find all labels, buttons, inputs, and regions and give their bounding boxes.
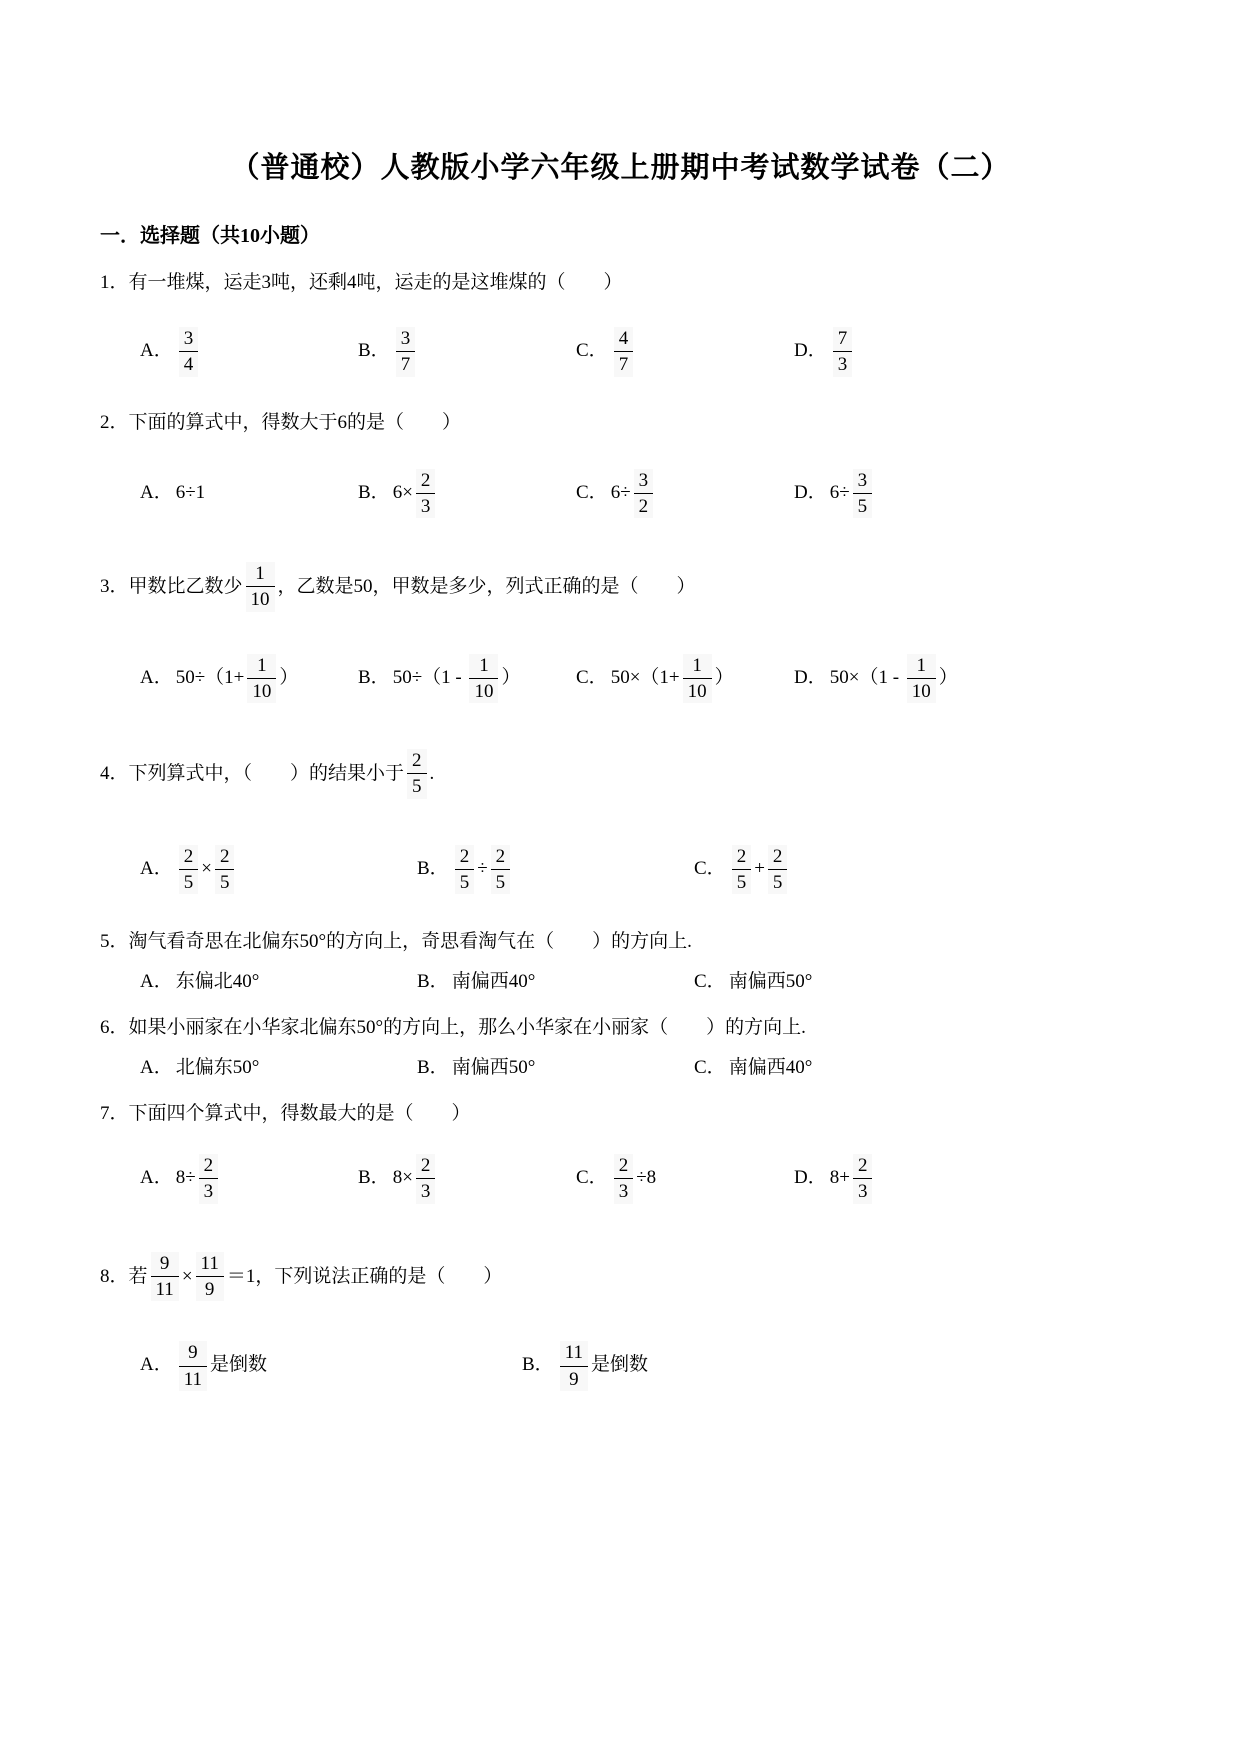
option-label: A． [140,1354,173,1375]
question-6: 6．如果小丽家在小华家北偏东50°的方向上，那么小华家在小丽家（ ）的方向上. … [100,1015,1141,1081]
fraction-denominator: 3 [853,1179,873,1203]
fraction-numerator: 2 [215,845,235,870]
option-text: 南偏西40° [452,971,536,992]
operator: + [754,858,765,879]
fraction-numerator: 3 [853,469,873,494]
option-text: ÷8 [636,1167,656,1188]
question-2: 2．下面的算式中，得数大于6的是（ ） A．6÷1 B．6×23 C．6÷32 … [100,410,1141,522]
fraction-denominator: 9 [196,1277,224,1301]
option-text: 8× [393,1167,413,1188]
fraction: 23 [416,1154,436,1204]
fraction-numerator: 7 [833,327,853,352]
option-2a: A．6÷1 [140,480,358,506]
option-8a: A．911是倒数 [140,1338,522,1394]
fraction-numerator: 9 [151,1252,179,1277]
option-5a: A．东偏北40° [140,969,417,995]
fraction-denominator: 10 [683,679,712,703]
option-text: ） [715,667,734,688]
option-label: C． [694,858,726,879]
option-label: A． [140,667,173,688]
fraction: 47 [614,327,634,377]
option-2c: C．6÷32 [576,466,794,522]
fraction-denominator: 3 [416,1179,436,1203]
section-heading: 一．选择题（共10小题） [100,219,1141,248]
fraction: 25 [455,845,475,895]
option-text: 50×（1 - [830,667,904,688]
fraction-denominator: 3 [614,1179,634,1203]
stem-text: ＝1，下列说法正确的是（ ） [227,1265,503,1286]
option-7b: B．8×23 [358,1151,576,1207]
option-text: 6÷ [830,482,850,503]
option-3c: C．50×（1+110） [576,651,794,707]
fraction-numerator: 2 [732,845,752,870]
question-3: 3．甲数比乙数少110，乙数是50，甲数是多少，列式正确的是（ ） A．50÷（… [100,559,1141,706]
option-3b: B．50÷（1 - 110） [358,651,576,707]
option-5b: B．南偏西40° [417,969,694,995]
option-label: A． [140,340,173,361]
option-text: 北偏东50° [176,1057,260,1078]
stem-text: 8．若 [100,1265,148,1286]
option-3d: D．50×（1 - 110） [794,651,958,707]
question-7-options: A．8÷23 B．8×23 C．23÷8 D．8+23 [140,1151,1141,1207]
fraction-numerator: 11 [560,1341,588,1366]
question-2-stem: 2．下面的算式中，得数大于6的是（ ） [100,410,1141,436]
fraction: 110 [469,654,498,704]
fraction: 37 [396,327,416,377]
option-1a: A．34 [140,324,358,380]
question-1-stem: 1．有一堆煤，运走3吨，还剩4吨，运走的是这堆煤的（ ） [100,270,1141,296]
option-label: B． [358,482,390,503]
fraction: 25 [179,845,199,895]
fraction-denominator: 5 [491,870,511,894]
option-label: B． [358,667,390,688]
fraction-denominator: 7 [614,352,634,376]
option-text: 南偏西50° [729,971,813,992]
option-text: 8+ [830,1167,850,1188]
option-label: C． [576,482,608,503]
stem-text: 4．下列算式中，（ ）的结果小于 [100,763,404,784]
fraction-denominator: 7 [396,352,416,376]
fraction-numerator: 2 [768,845,788,870]
fraction-numerator: 2 [853,1154,873,1179]
fraction-numerator: 2 [614,1154,634,1179]
fraction: 119 [196,1252,224,1302]
option-label: B． [417,858,449,879]
question-2-options: A．6÷1 B．6×23 C．6÷32 D．6÷35 [140,466,1141,522]
option-text: 50÷（1+ [176,667,245,688]
option-label: D． [794,340,827,361]
fraction-numerator: 2 [179,845,199,870]
fraction-numerator: 1 [907,654,936,679]
question-5: 5．淘气看奇思在北偏东50°的方向上，奇思看淘气在（ ）的方向上. A．东偏北4… [100,929,1141,995]
fraction-numerator: 1 [683,654,712,679]
fraction-denominator: 9 [560,1367,588,1391]
fraction: 110 [907,654,936,704]
option-text: ） [279,667,298,688]
fraction-denominator: 5 [768,870,788,894]
question-6-options: A．北偏东50° B．南偏西50° C．南偏西40° [140,1055,1141,1081]
fraction-numerator: 2 [407,749,427,774]
option-label: A． [140,482,173,503]
option-label: C． [576,1167,608,1188]
option-text: 50×（1+ [611,667,680,688]
fraction-numerator: 3 [396,327,416,352]
option-text: 是倒数 [210,1354,267,1375]
fraction-denominator: 4 [179,352,199,376]
option-7d: D．8+23 [794,1151,875,1207]
question-7: 7．下面四个算式中，得数最大的是（ ） A．8÷23 B．8×23 C．23÷8… [100,1101,1141,1207]
fraction-denominator: 5 [179,870,199,894]
option-text: 南偏西50° [452,1057,536,1078]
question-7-stem: 7．下面四个算式中，得数最大的是（ ） [100,1101,1141,1127]
fraction: 73 [833,327,853,377]
fraction-denominator: 5 [455,870,475,894]
option-label: A． [140,1057,173,1078]
stem-text: . [430,763,435,784]
fraction-numerator: 11 [196,1252,224,1277]
option-text: 6× [393,482,413,503]
fraction: 110 [247,654,276,704]
operator: × [201,858,212,879]
fraction: 23 [614,1154,634,1204]
fraction-numerator: 4 [614,327,634,352]
option-label: B． [358,1167,390,1188]
fraction: 34 [179,327,199,377]
option-text: 6÷1 [176,482,205,503]
question-1: 1．有一堆煤，运走3吨，还剩4吨，运走的是这堆煤的（ ） A．34 B．37 C… [100,270,1141,380]
fraction-numerator: 2 [199,1154,219,1179]
option-6a: A．北偏东50° [140,1055,417,1081]
fraction-numerator: 2 [416,1154,436,1179]
fraction: 23 [853,1154,873,1204]
fraction-denominator: 11 [179,1367,207,1391]
fraction-numerator: 9 [179,1341,207,1366]
fraction-denominator: 10 [469,679,498,703]
fraction-denominator: 10 [247,679,276,703]
fraction: 25 [407,749,427,799]
exam-paper-page: （普通校）人教版小学六年级上册期中考试数学试卷（二） 一．选择题（共10小题） … [0,0,1241,1754]
option-label: B． [417,971,449,992]
fraction-denominator: 5 [853,494,873,518]
option-5c: C．南偏西50° [694,969,812,995]
fraction: 35 [853,469,873,519]
stem-text: ，乙数是50，甲数是多少，列式正确的是（ ） [278,576,696,597]
option-label: D． [794,667,827,688]
option-label: C． [576,667,608,688]
fraction-denominator: 11 [151,1277,179,1301]
fraction: 23 [199,1154,219,1204]
option-text: 是倒数 [591,1354,648,1375]
fraction: 25 [768,845,788,895]
option-label: B． [522,1354,554,1375]
option-label: D． [794,482,827,503]
question-3-options: A．50÷（1+110） B．50÷（1 - 110） C．50×（1+110）… [140,651,1141,707]
fraction: 911 [151,1252,179,1302]
option-6b: B．南偏西50° [417,1055,694,1081]
fraction: 119 [560,1341,588,1391]
option-4c: C．25+25 [694,842,790,898]
fraction: 110 [683,654,712,704]
fraction-denominator: 3 [199,1179,219,1203]
option-text: 6÷ [611,482,631,503]
question-1-options: A．34 B．37 C．47 D．73 [140,324,1141,380]
option-label: A． [140,858,173,879]
fraction: 25 [491,845,511,895]
option-1c: C．47 [576,324,794,380]
option-1b: B．37 [358,324,576,380]
question-6-stem: 6．如果小丽家在小华家北偏东50°的方向上，那么小华家在小丽家（ ）的方向上. [100,1015,1141,1041]
question-5-options: A．东偏北40° B．南偏西40° C．南偏西50° [140,969,1141,995]
option-label: D． [794,1167,827,1188]
question-4: 4．下列算式中，（ ）的结果小于25. A．25×25 B．25÷25 C．25… [100,746,1141,897]
option-4b: B．25÷25 [417,842,694,898]
option-text: 8÷ [176,1167,196,1188]
option-6c: C．南偏西40° [694,1055,812,1081]
fraction: 25 [215,845,235,895]
option-label: B． [358,340,390,361]
option-label: C． [694,971,726,992]
option-2b: B．6×23 [358,466,576,522]
fraction-numerator: 3 [179,327,199,352]
option-label: A． [140,1167,173,1188]
option-label: B． [417,1057,449,1078]
fraction-numerator: 2 [455,845,475,870]
option-text: 50÷（1 - [393,667,467,688]
question-8-stem: 8．若911×119＝1，下列说法正确的是（ ） [100,1249,1141,1305]
option-7a: A．8÷23 [140,1151,358,1207]
option-1d: D．73 [794,324,855,380]
fraction-denominator: 5 [732,870,752,894]
fraction: 110 [246,562,275,612]
fraction-numerator: 1 [469,654,498,679]
fraction-denominator: 10 [246,587,275,611]
option-label: C． [576,340,608,361]
question-5-stem: 5．淘气看奇思在北偏东50°的方向上，奇思看淘气在（ ）的方向上. [100,929,1141,955]
option-2d: D．6÷35 [794,466,875,522]
option-text: ） [501,667,520,688]
fraction: 25 [732,845,752,895]
option-8b: B．119是倒数 [522,1338,648,1394]
stem-text: 3．甲数比乙数少 [100,576,243,597]
operator: × [182,1265,193,1286]
option-text: 南偏西40° [729,1057,813,1078]
fraction-denominator: 10 [907,679,936,703]
option-label: C． [694,1057,726,1078]
question-4-options: A．25×25 B．25÷25 C．25+25 [140,842,1141,898]
fraction: 23 [416,469,436,519]
question-8: 8．若911×119＝1，下列说法正确的是（ ） A．911是倒数 B．119是… [100,1249,1141,1394]
question-4-stem: 4．下列算式中，（ ）的结果小于25. [100,746,1141,802]
fraction-numerator: 2 [491,845,511,870]
option-7c: C．23÷8 [576,1151,794,1207]
option-text: ） [939,667,958,688]
fraction-denominator: 3 [416,494,436,518]
fraction: 911 [179,1341,207,1391]
option-text: 东偏北40° [176,971,260,992]
operator: ÷ [477,858,487,879]
fraction-numerator: 3 [634,469,654,494]
option-label: A． [140,971,173,992]
fraction-denominator: 3 [833,352,853,376]
question-8-options: A．911是倒数 B．119是倒数 [140,1338,1141,1394]
option-4a: A．25×25 [140,842,417,898]
fraction-numerator: 1 [246,562,275,587]
question-3-stem: 3．甲数比乙数少110，乙数是50，甲数是多少，列式正确的是（ ） [100,559,1141,615]
fraction-denominator: 5 [215,870,235,894]
page-title: （普通校）人教版小学六年级上册期中考试数学试卷（二） [100,0,1141,186]
option-3a: A．50÷（1+110） [140,651,358,707]
fraction-denominator: 5 [407,774,427,798]
fraction-denominator: 2 [634,494,654,518]
fraction: 32 [634,469,654,519]
fraction-numerator: 2 [416,469,436,494]
fraction-numerator: 1 [247,654,276,679]
